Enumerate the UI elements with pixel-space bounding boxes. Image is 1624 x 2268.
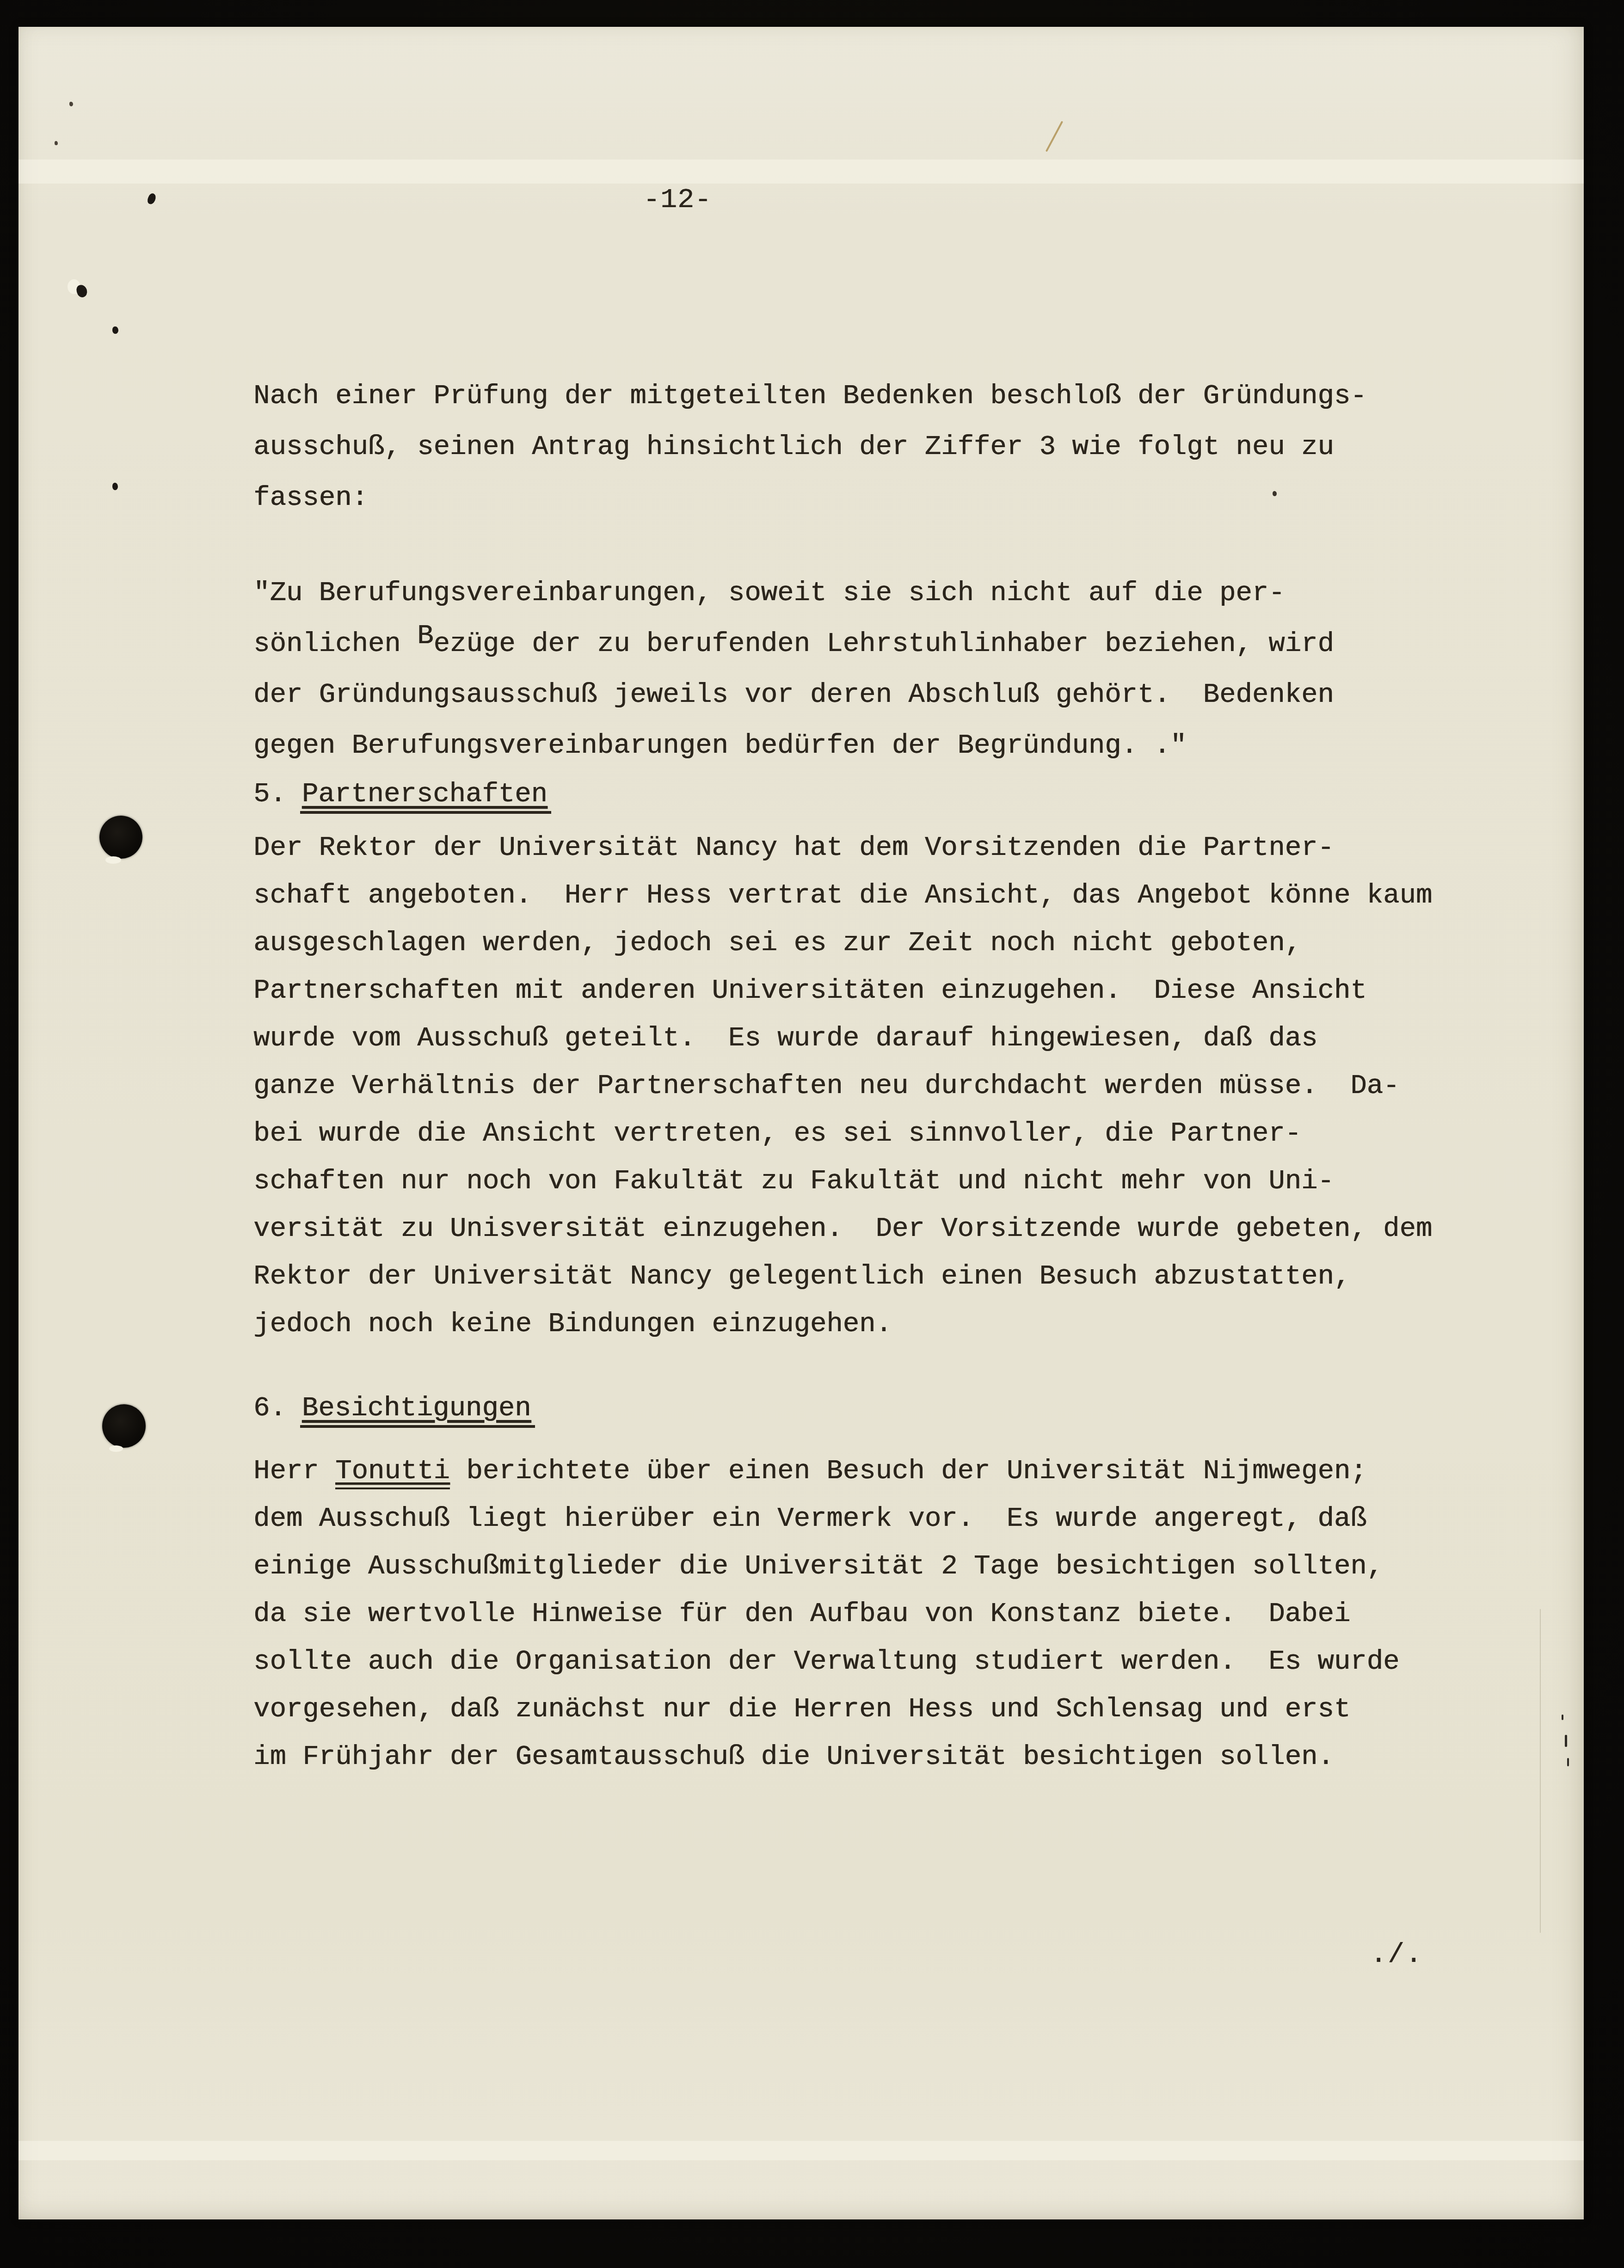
text-line: schaften nur noch von Fakultät zu Fakult… bbox=[253, 1157, 1432, 1205]
text-line: "Zu Berufungsvereinbarungen, soweit sie … bbox=[253, 568, 1334, 619]
ink-speck bbox=[1273, 491, 1277, 496]
text-line: vorgesehen, daß zunächst nur die Herren … bbox=[253, 1685, 1399, 1733]
text-line: Der Rektor der Universität Nancy hat dem… bbox=[253, 824, 1432, 872]
text-line: schaft angeboten. Herr Hess vertrat die … bbox=[253, 872, 1432, 919]
text-line: einige Ausschußmitglieder die Universitä… bbox=[253, 1543, 1399, 1590]
text-line: versität zu Unisversität einzugehen. Der… bbox=[253, 1205, 1432, 1253]
ink-speck bbox=[1567, 1758, 1569, 1766]
ink-speck bbox=[112, 483, 118, 490]
text-line: wurde vom Ausschuß geteilt. Es wurde dar… bbox=[253, 1014, 1432, 1062]
paper-pit bbox=[105, 856, 121, 864]
text-line: fassen: bbox=[253, 473, 1367, 523]
text-line: Rektor der Universität Nancy gelegentlic… bbox=[253, 1253, 1432, 1300]
page-number: -12- bbox=[643, 185, 712, 215]
paragraph-section-6: Herr Tonutti berichtete über einen Besuc… bbox=[253, 1447, 1399, 1781]
text-segment: berichtete über einen Besuch der Univers… bbox=[450, 1456, 1367, 1487]
text-segment: Herr bbox=[253, 1456, 335, 1487]
ink-speck bbox=[55, 141, 58, 145]
paragraph-quote: "Zu Berufungsvereinbarungen, soweit sie … bbox=[253, 568, 1334, 771]
paragraph-intro: Nach einer Prüfung der mitgeteilten Bede… bbox=[253, 371, 1367, 523]
paragraph-section-5: Der Rektor der Universität Nancy hat dem… bbox=[253, 824, 1432, 1348]
text-line: ausgeschlagen werden, jedoch sei es zur … bbox=[253, 919, 1432, 967]
text-line: dem Ausschuß liegt hierüber ein Vermerk … bbox=[253, 1495, 1399, 1543]
text-segment: ezüge der zu berufenden Lehrstuhlinhaber… bbox=[433, 628, 1334, 659]
ink-speck bbox=[1562, 1715, 1563, 1720]
punch-hole bbox=[99, 816, 142, 859]
text-line: der Gründungsausschuß jeweils vor deren … bbox=[253, 670, 1334, 720]
ink-speck bbox=[1565, 1735, 1567, 1747]
text-line: im Frühjahr der Gesamtausschuß die Unive… bbox=[253, 1733, 1399, 1781]
text-line: gegen Berufungsvereinbarungen bedürfen d… bbox=[253, 720, 1334, 771]
section-title: Besichtigungen bbox=[300, 1393, 535, 1428]
continuation-mark: ./. bbox=[1370, 1940, 1423, 1970]
scanned-document-page: -12- Nach einer Prüfung der mitgeteilten… bbox=[0, 0, 1624, 2268]
paper-pit bbox=[109, 1445, 123, 1452]
section-number: 6. bbox=[253, 1393, 286, 1424]
text-line: Nach einer Prüfung der mitgeteilten Bede… bbox=[253, 371, 1367, 422]
text-line: bei wurde die Ansicht vertreten, es sei … bbox=[253, 1110, 1432, 1157]
document-content: -12- Nach einer Prüfung der mitgeteilten… bbox=[0, 0, 1624, 2268]
section-6-heading: 6.Besichtigungen bbox=[253, 1386, 535, 1431]
raised-letter: B bbox=[417, 621, 433, 652]
text-line: ausschuß, seinen Antrag hinsichtlich der… bbox=[253, 422, 1367, 473]
section-5-heading: 5.Partnerschaften bbox=[253, 772, 551, 817]
section-title: Partnerschaften bbox=[300, 779, 551, 814]
text-line: ganze Verhältnis der Partnerschaften neu… bbox=[253, 1062, 1432, 1110]
text-line: sönlichen Bezüge der zu berufenden Lehrs… bbox=[253, 619, 1334, 670]
text-line: sollte auch die Organisation der Verwalt… bbox=[253, 1638, 1399, 1685]
text-line: Herr Tonutti berichtete über einen Besuc… bbox=[253, 1447, 1399, 1495]
section-number: 5. bbox=[253, 779, 286, 810]
punch-hole bbox=[102, 1404, 146, 1448]
ink-speck bbox=[112, 326, 118, 334]
text-segment: sönlichen bbox=[253, 628, 417, 659]
ink-speck bbox=[69, 102, 73, 106]
text-line: jedoch noch keine Bindungen einzugehen. bbox=[253, 1300, 1432, 1348]
underlined-name: Tonutti bbox=[335, 1456, 450, 1489]
text-line: da sie wertvolle Hinweise für den Aufbau… bbox=[253, 1590, 1399, 1638]
text-line: Partnerschaften mit anderen Universitäte… bbox=[253, 967, 1432, 1014]
